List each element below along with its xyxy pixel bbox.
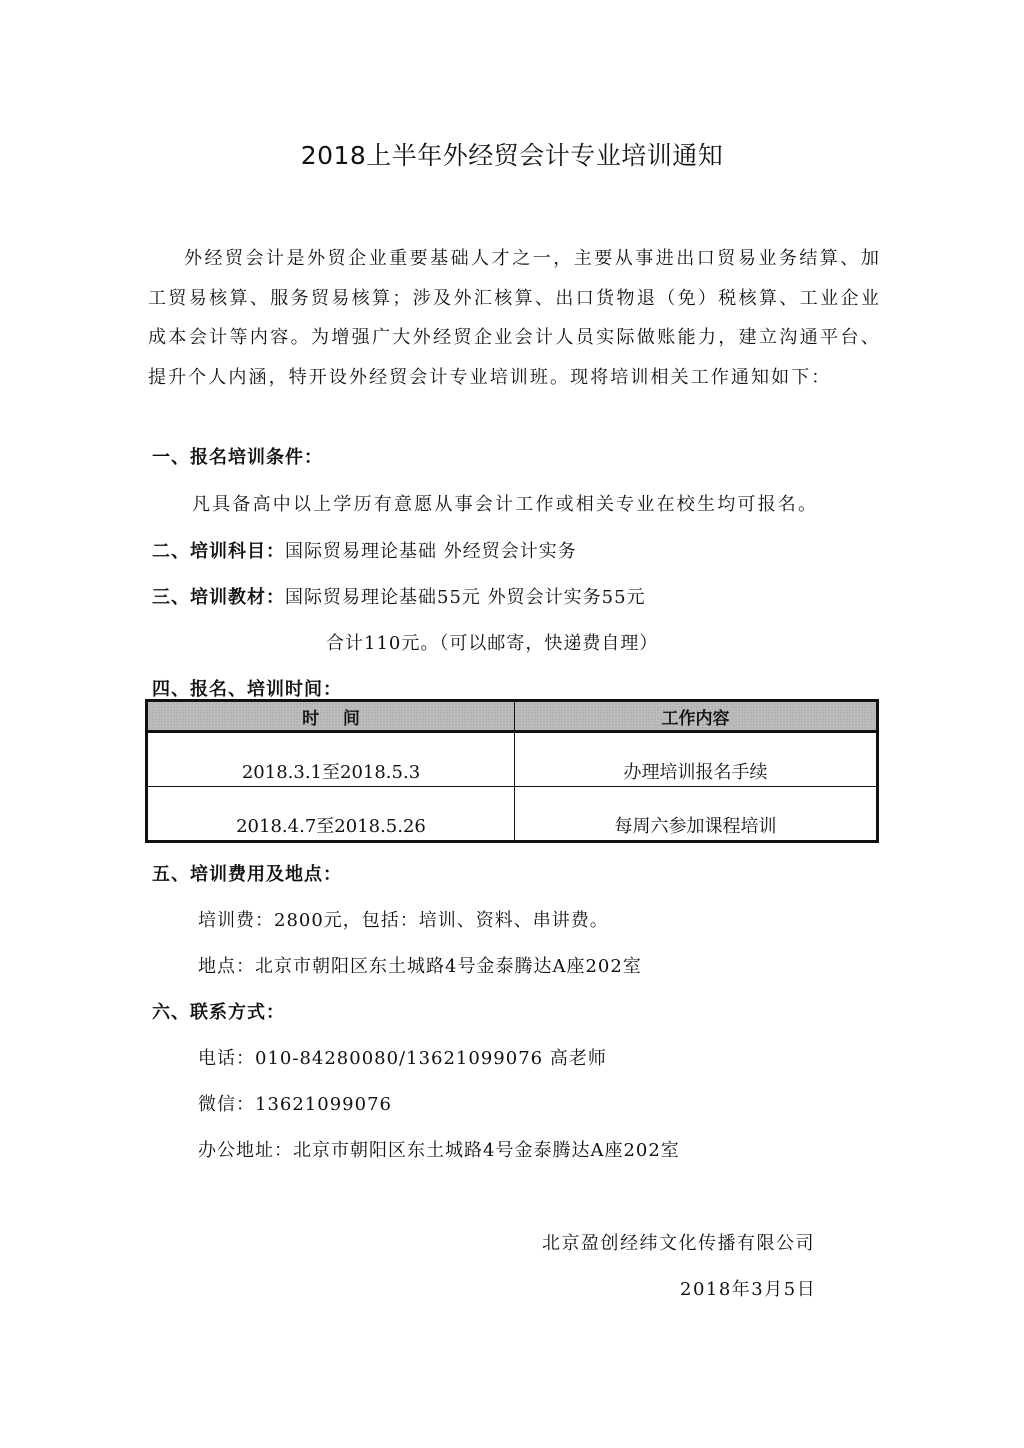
section-3-heading: 三、培训教材：国际贸易理论基础55元 外贸会计实务55元 xyxy=(152,583,646,609)
contact-wechat: 微信：13621099076 xyxy=(198,1090,392,1116)
signature-date: 2018年3月5日 xyxy=(680,1275,816,1301)
table-header-row: 时 间 工作内容 xyxy=(147,701,878,732)
training-fee: 培训费：2800元，包括：培训、资料、串讲费。 xyxy=(198,906,609,932)
table-row: 2018.3.1至2018.5.3 办理培训报名手续 xyxy=(147,732,878,787)
training-location: 地点：北京市朝阳区东土城路4号金泰腾达A座202室 xyxy=(198,952,642,978)
table-row: 2018.4.7至2018.5.26 每周六参加课程培训 xyxy=(147,787,878,842)
section-6-heading: 六、联系方式： xyxy=(152,998,285,1024)
section-3-label: 三、培训教材： xyxy=(152,587,285,608)
table-cell-time: 2018.4.7至2018.5.26 xyxy=(147,787,515,842)
column-header-work: 工作内容 xyxy=(515,701,878,732)
table-cell-time: 2018.3.1至2018.5.3 xyxy=(147,732,515,787)
section-2-heading: 二、培训科目：国际贸易理论基础 外经贸会计实务 xyxy=(152,537,577,563)
section-4-heading: 四、报名、培训时间： xyxy=(152,675,342,701)
section-2-body: 国际贸易理论基础 外经贸会计实务 xyxy=(285,541,577,562)
document-title: 2018上半年外经贸会计专业培训通知 xyxy=(0,136,1024,172)
section-2-label: 二、培训科目： xyxy=(152,541,285,562)
office-address: 办公地址：北京市朝阳区东土城路4号金泰腾达A座202室 xyxy=(198,1136,680,1162)
section-1-heading: 一、报名培训条件： xyxy=(152,443,323,469)
intro-paragraph: 外经贸会计是外贸企业重要基础人才之一，主要从事进出口贸易业务结算、加工贸易核算、… xyxy=(148,239,881,397)
section-1-body: 凡具备高中以上学历有意愿从事会计工作或相关专业在校生均可报名。 xyxy=(192,490,818,516)
section-3-total: 合计110元。（可以邮寄，快递费自理） xyxy=(326,629,658,655)
column-header-time: 时 间 xyxy=(147,701,515,732)
schedule-table: 时 间 工作内容 2018.3.1至2018.5.3 办理培训报名手续 2018… xyxy=(145,699,879,843)
signature-company: 北京盈创经纬文化传播有限公司 xyxy=(542,1229,815,1255)
table-cell-work: 办理培训报名手续 xyxy=(515,732,878,787)
contact-phone: 电话：010-84280080/13621099076 高老师 xyxy=(198,1044,607,1070)
section-3-body: 国际贸易理论基础55元 外贸会计实务55元 xyxy=(285,587,646,608)
table-cell-work: 每周六参加课程培训 xyxy=(515,787,878,842)
section-5-heading: 五、培训费用及地点： xyxy=(152,860,342,886)
